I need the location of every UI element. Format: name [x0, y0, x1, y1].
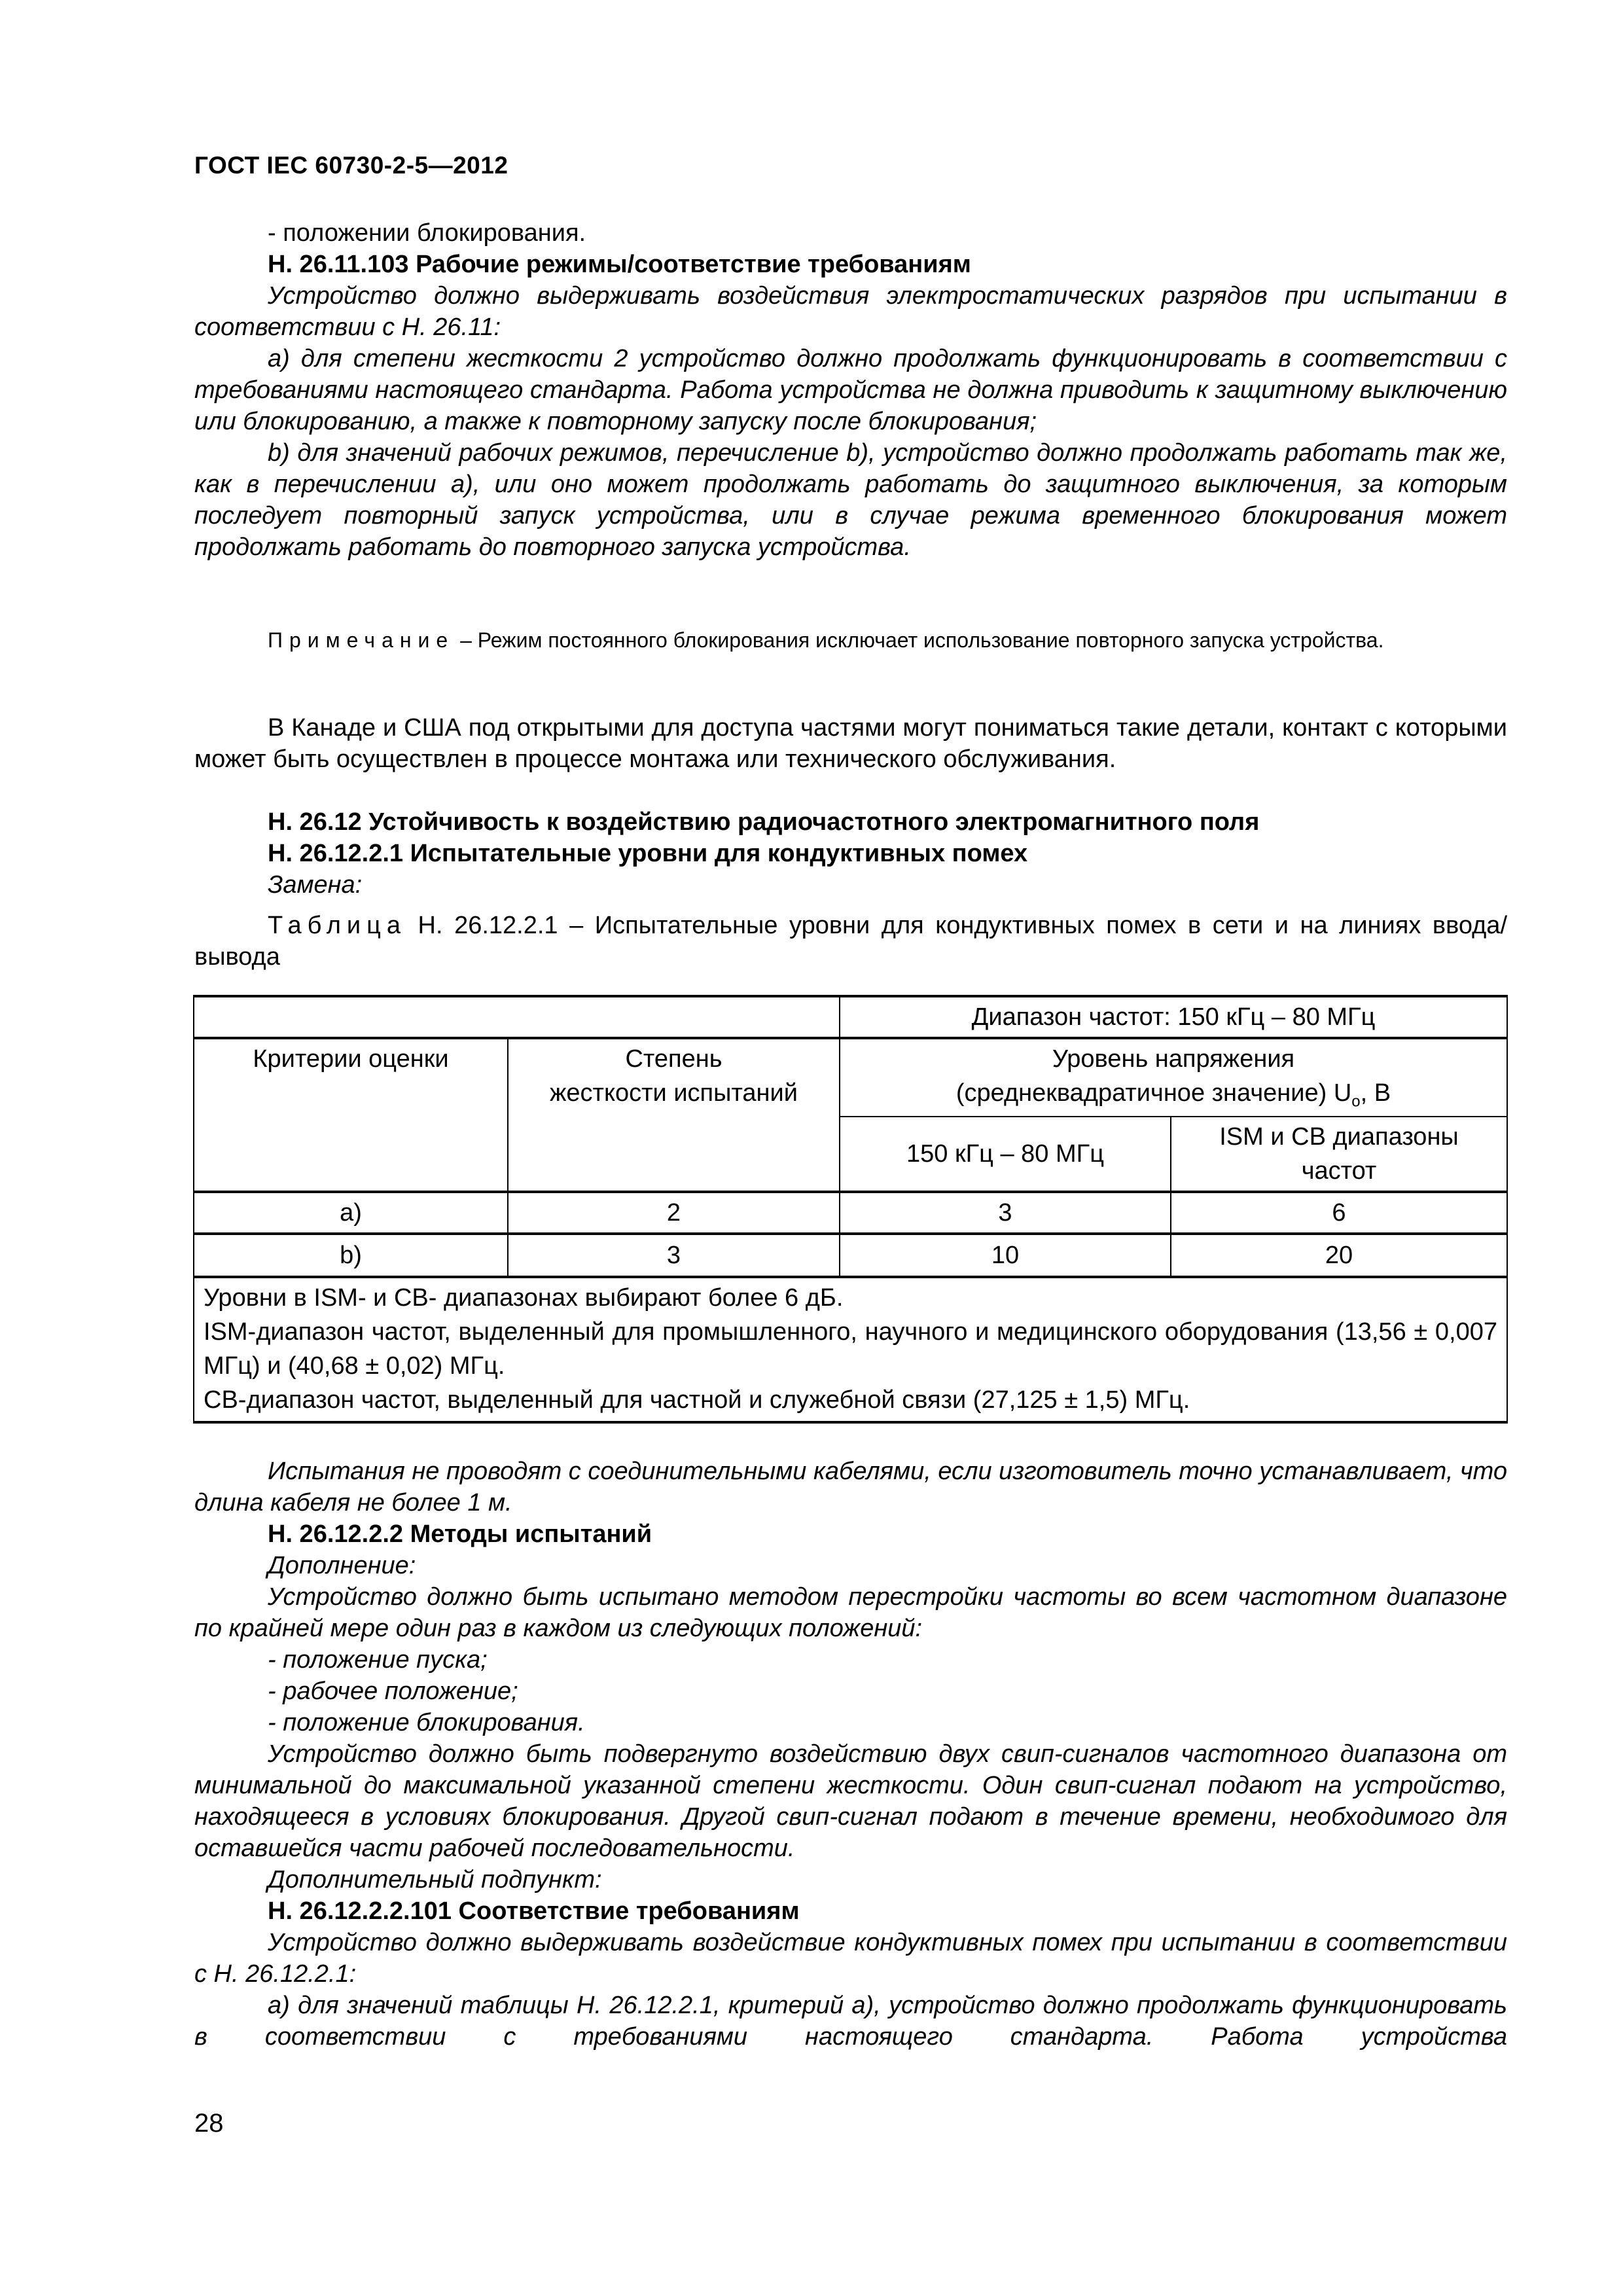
note-label: Примечание	[268, 628, 454, 652]
carry-over-text: - положении блокирования.	[194, 217, 1507, 249]
col-voltage-header: Уровень напряжения (среднеквадратичное з…	[840, 1038, 1507, 1117]
position-item: - положение блокирования.	[194, 1707, 1507, 1738]
heading-26-11-103: Н. 26.11.103 Рабочие режимы/соответствие…	[194, 249, 1507, 280]
addition-label: Дополнение:	[194, 1550, 1507, 1581]
section-26-11-103: - положении блокирования. Н. 26.11.103 Р…	[194, 217, 1507, 563]
table-row: b) 3 10 20	[194, 1234, 1507, 1277]
col-criteria-header: Критерии оценки	[194, 1038, 508, 1192]
col-voltage-line2: (среднеквадратичное значение) Uo, В	[846, 1076, 1501, 1110]
document-header-id: ГОСТ IEC 60730-2-5—2012	[194, 152, 508, 179]
position-item: - рабочее положение;	[194, 1676, 1507, 1707]
cell-voltage-150k-80m: 3	[840, 1192, 1171, 1234]
note-text: – Режим постоянного блокирования исключа…	[454, 628, 1383, 652]
freq-range-header: Диапазон частот: 150 кГц – 80 МГц	[840, 996, 1507, 1038]
compliance-intro: Устройство должно выдерживать воздействи…	[194, 1927, 1507, 1990]
table-note: ISM-диапазон частот, выделенный для пром…	[204, 1315, 1497, 1383]
col-severity-line1: Степень	[514, 1042, 834, 1076]
section-26-12: Н. 26.12 Устойчивость к воздействию ради…	[194, 806, 1507, 901]
canada-usa-paragraph: В Канаде и США под открытыми для доступа…	[194, 712, 1507, 775]
test-levels-table: Диапазон частот: 150 кГц – 80 МГц Критер…	[193, 995, 1508, 1424]
cell-voltage-ism-cb: 6	[1171, 1192, 1507, 1234]
extra-subclause-label: Дополнительный подпункт:	[194, 1864, 1507, 1895]
table-notes-row: Уровни в ISM- и СВ- диапазонах выбирают …	[194, 1277, 1507, 1422]
section-26-12-2-2: Испытания не проводят с соединительными …	[194, 1456, 1507, 2053]
esd-intro: Устройство должно выдерживать воздействи…	[194, 280, 1507, 343]
table-caption-label: Таблица	[268, 912, 406, 939]
cell-criterion: a)	[194, 1192, 508, 1234]
canada-usa-text: В Канаде и США под открытыми для доступа…	[194, 712, 1507, 775]
page-number: 28	[194, 2109, 224, 2138]
table-empty-corner	[194, 996, 840, 1038]
sweep-text: Устройство должно быть подвергнуто возде…	[194, 1738, 1507, 1864]
subcol-150k-80m: 150 кГц – 80 МГц	[840, 1117, 1171, 1192]
cell-voltage-ism-cb: 20	[1171, 1234, 1507, 1277]
esd-item-b: b) для значений рабочих режимов, перечис…	[194, 437, 1507, 563]
table-caption: Таблица Н. 26.12.2.1 – Испытательные уро…	[194, 910, 1507, 973]
table-row: a) 2 3 6	[194, 1192, 1507, 1234]
replacement-label: Замена:	[194, 869, 1507, 901]
cell-severity: 2	[508, 1192, 840, 1234]
cell-voltage-150k-80m: 10	[840, 1234, 1171, 1277]
col-severity-header: Степень жесткости испытаний	[508, 1038, 840, 1192]
note-block: Примечание – Режим постоянного блокирова…	[194, 626, 1507, 655]
table-note: Уровни в ISM- и СВ- диапазонах выбирают …	[204, 1281, 1497, 1315]
heading-26-12-2-2: Н. 26.12.2.2 Методы испытаний	[194, 1518, 1507, 1550]
table-note: СВ-диапазон частот, выделенный для частн…	[204, 1383, 1497, 1417]
cables-note: Испытания не проводят с соединительными …	[194, 1456, 1507, 1518]
method-intro: Устройство должно быть испытано методом …	[194, 1581, 1507, 1644]
table-notes: Уровни в ISM- и СВ- диапазонах выбирают …	[194, 1277, 1507, 1422]
heading-26-12-2-2-101: Н. 26.12.2.2.101 Соответствие требования…	[194, 1895, 1507, 1927]
subcol-ism-cb: ISM и СВ диапазоны частот	[1171, 1117, 1507, 1192]
compliance-item-a: a) для значений таблицы Н. 26.12.2.1, кр…	[194, 1990, 1507, 2053]
esd-item-a: a) для степени жесткости 2 устройство до…	[194, 343, 1507, 437]
cell-severity: 3	[508, 1234, 840, 1277]
heading-26-12: Н. 26.12 Устойчивость к воздействию ради…	[194, 806, 1507, 838]
cell-criterion: b)	[194, 1234, 508, 1277]
col-severity-line2: жесткости испытаний	[514, 1076, 834, 1110]
heading-26-12-2-1: Н. 26.12.2.1 Испытательные уровни для ко…	[194, 838, 1507, 869]
col-voltage-line1: Уровень напряжения	[846, 1042, 1501, 1076]
position-item: - положение пуска;	[194, 1644, 1507, 1676]
